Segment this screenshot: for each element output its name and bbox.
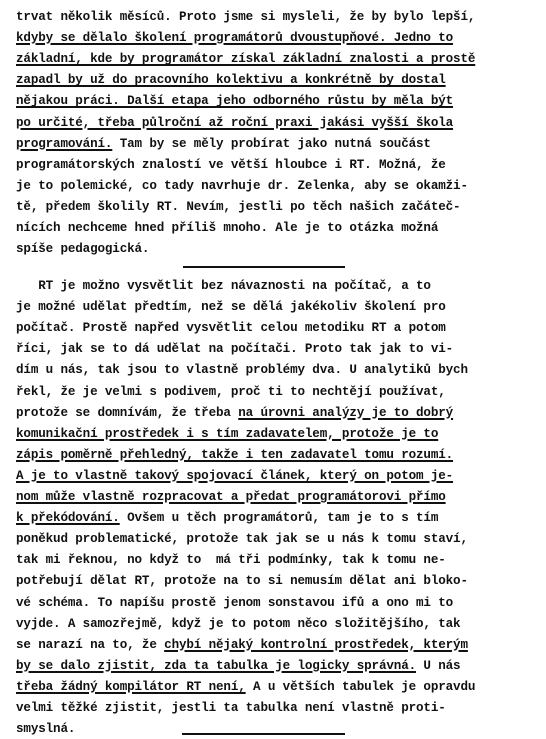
text-segment: Tam by se měly probírat jako nutná součá… <box>112 137 431 151</box>
underlined-text: nom může vlastně rozpracovat a předat pr… <box>16 490 446 504</box>
text-line: smyslná. <box>16 722 75 736</box>
text-segment: programátorských znalostí ve větší hloub… <box>16 158 446 172</box>
text-segment: A u větších tabulek je opravdu <box>246 680 476 694</box>
text-segment: vyjde. A samozřejmě, když je to potom ně… <box>16 617 460 631</box>
underlined-text: programování. <box>16 137 112 151</box>
text-line: dím u nás, tak jsou to vlastně problémy … <box>16 363 468 377</box>
text-line: tě, předem školily RT. Nevím, jestli po … <box>16 200 460 214</box>
text-line: tak mi řeknou, no když to má tři podmínk… <box>16 553 446 567</box>
underlined-text: A je to vlastně takový spojovací článek,… <box>16 469 453 483</box>
underlined-text: po určité, třeba půlroční až roční praxi… <box>16 116 453 130</box>
underlined-text: kdyby se dělalo školení programátorů dvo… <box>16 31 453 45</box>
text-line: je to polemické, co tady navrhuje dr. Ze… <box>16 179 468 193</box>
text-line: zapadl by už do pracovního kolektivu a k… <box>16 73 446 87</box>
text-line: programování. Tam by se měly probírat ja… <box>16 137 431 151</box>
text-line: protože se domnívám, že třeba na úrovni … <box>16 406 453 420</box>
text-segment: smyslná. <box>16 722 75 736</box>
text-line: potřebují dělat RT, protože na to si nem… <box>16 574 468 588</box>
text-segment: RT je možno vysvětlit bez návaznosti na … <box>16 279 431 293</box>
text-segment: U nás <box>416 659 460 673</box>
typewritten-page: trvat několik měsíců. Proto jsme si mysl… <box>0 0 546 739</box>
text-line: po určité, třeba půlroční až roční praxi… <box>16 116 453 130</box>
text-line: spíše pedagogická. <box>16 242 149 256</box>
underlined-text: chybí nějaký kontrolní prostředek, který… <box>164 638 468 652</box>
text-segment: poněkud problematické, protože tak jak s… <box>16 532 468 546</box>
text-segment: spíše pedagogická. <box>16 242 149 256</box>
text-segment: potřebují dělat RT, protože na to si nem… <box>16 574 468 588</box>
text-line: vyjde. A samozřejmě, když je to potom ně… <box>16 617 460 631</box>
underlined-text: zapadl by už do pracovního kolektivu a k… <box>16 73 446 87</box>
text-line: je možné udělat předtím, než se dělá jak… <box>16 300 446 314</box>
underlined-text: nějakou práci. Další etapa jeho odbornéh… <box>16 94 453 108</box>
underlined-text: zápis poměrně přehledný, takže i ten zad… <box>16 448 453 462</box>
underlined-text: základní, kde by programátor získal zákl… <box>16 52 475 66</box>
text-segment: Ovšem u těch programátorů, tam je to s t… <box>120 511 439 525</box>
text-line: velmi těžké zjistit, jestli ta tabulka n… <box>16 701 446 715</box>
separator-rule-top <box>183 266 345 268</box>
text-line: nějakou práci. Další etapa jeho odbornéh… <box>16 94 453 108</box>
text-segment: se narazí na to, že <box>16 638 164 652</box>
text-line: se narazí na to, že chybí nějaký kontrol… <box>16 638 468 652</box>
text-line: říci, jak se to dá udělat na počítači. P… <box>16 342 453 356</box>
text-line: by se dalo zjistit, zda ta tabulka je lo… <box>16 659 460 673</box>
text-line: trvat několik měsíců. Proto jsme si mysl… <box>16 10 475 24</box>
text-segment: trvat několik měsíců. Proto jsme si mysl… <box>16 10 475 24</box>
text-segment: říci, jak se to dá udělat na počítači. P… <box>16 342 453 356</box>
underlined-text: třeba žádný kompilátor RT není, <box>16 680 246 694</box>
text-line: vé schéma. To napíšu prostě jenom sonsta… <box>16 596 453 610</box>
text-line: základní, kde by programátor získal zákl… <box>16 52 475 66</box>
text-line: počítač. Prostě napřed vysvětlit celou m… <box>16 321 446 335</box>
text-line: RT je možno vysvětlit bez návaznosti na … <box>16 279 431 293</box>
text-line: komunikační prostředek i s tím zadavatel… <box>16 427 438 441</box>
text-segment: počítač. Prostě napřed vysvětlit celou m… <box>16 321 446 335</box>
text-segment: protože se domnívám, že třeba <box>16 406 238 420</box>
underlined-text: k překódování. <box>16 511 120 525</box>
text-segment: dím u nás, tak jsou to vlastně problémy … <box>16 363 468 377</box>
text-line: nících nechceme hned příliš mnoho. Ale j… <box>16 221 438 235</box>
text-line: řekl, že je velmi s podivem, proč ti to … <box>16 385 446 399</box>
separator-rule-bottom <box>182 733 345 735</box>
underlined-text: by se dalo zjistit, zda ta tabulka je lo… <box>16 659 416 673</box>
underlined-text: komunikační prostředek i s tím zadavatel… <box>16 427 438 441</box>
text-segment: nících nechceme hned příliš mnoho. Ale j… <box>16 221 438 235</box>
text-line: zápis poměrně přehledný, takže i ten zad… <box>16 448 453 462</box>
text-line: poněkud problematické, protože tak jak s… <box>16 532 468 546</box>
text-segment: je to polemické, co tady navrhuje dr. Ze… <box>16 179 468 193</box>
text-line: kdyby se dělalo školení programátorů dvo… <box>16 31 453 45</box>
text-segment: tě, předem školily RT. Nevím, jestli po … <box>16 200 460 214</box>
text-segment: velmi těžké zjistit, jestli ta tabulka n… <box>16 701 446 715</box>
text-segment: vé schéma. To napíšu prostě jenom sonsta… <box>16 596 453 610</box>
text-line: k překódování. Ovšem u těch programátorů… <box>16 511 438 525</box>
text-line: programátorských znalostí ve větší hloub… <box>16 158 446 172</box>
underlined-text: na úrovni analýzy je to dobrý <box>238 406 453 420</box>
text-line: třeba žádný kompilátor RT není, A u větš… <box>16 680 475 694</box>
text-line: nom může vlastně rozpracovat a předat pr… <box>16 490 446 504</box>
text-line: A je to vlastně takový spojovací článek,… <box>16 469 453 483</box>
text-segment: tak mi řeknou, no když to má tři podmínk… <box>16 553 446 567</box>
text-segment: je možné udělat předtím, než se dělá jak… <box>16 300 446 314</box>
text-segment: řekl, že je velmi s podivem, proč ti to … <box>16 385 446 399</box>
